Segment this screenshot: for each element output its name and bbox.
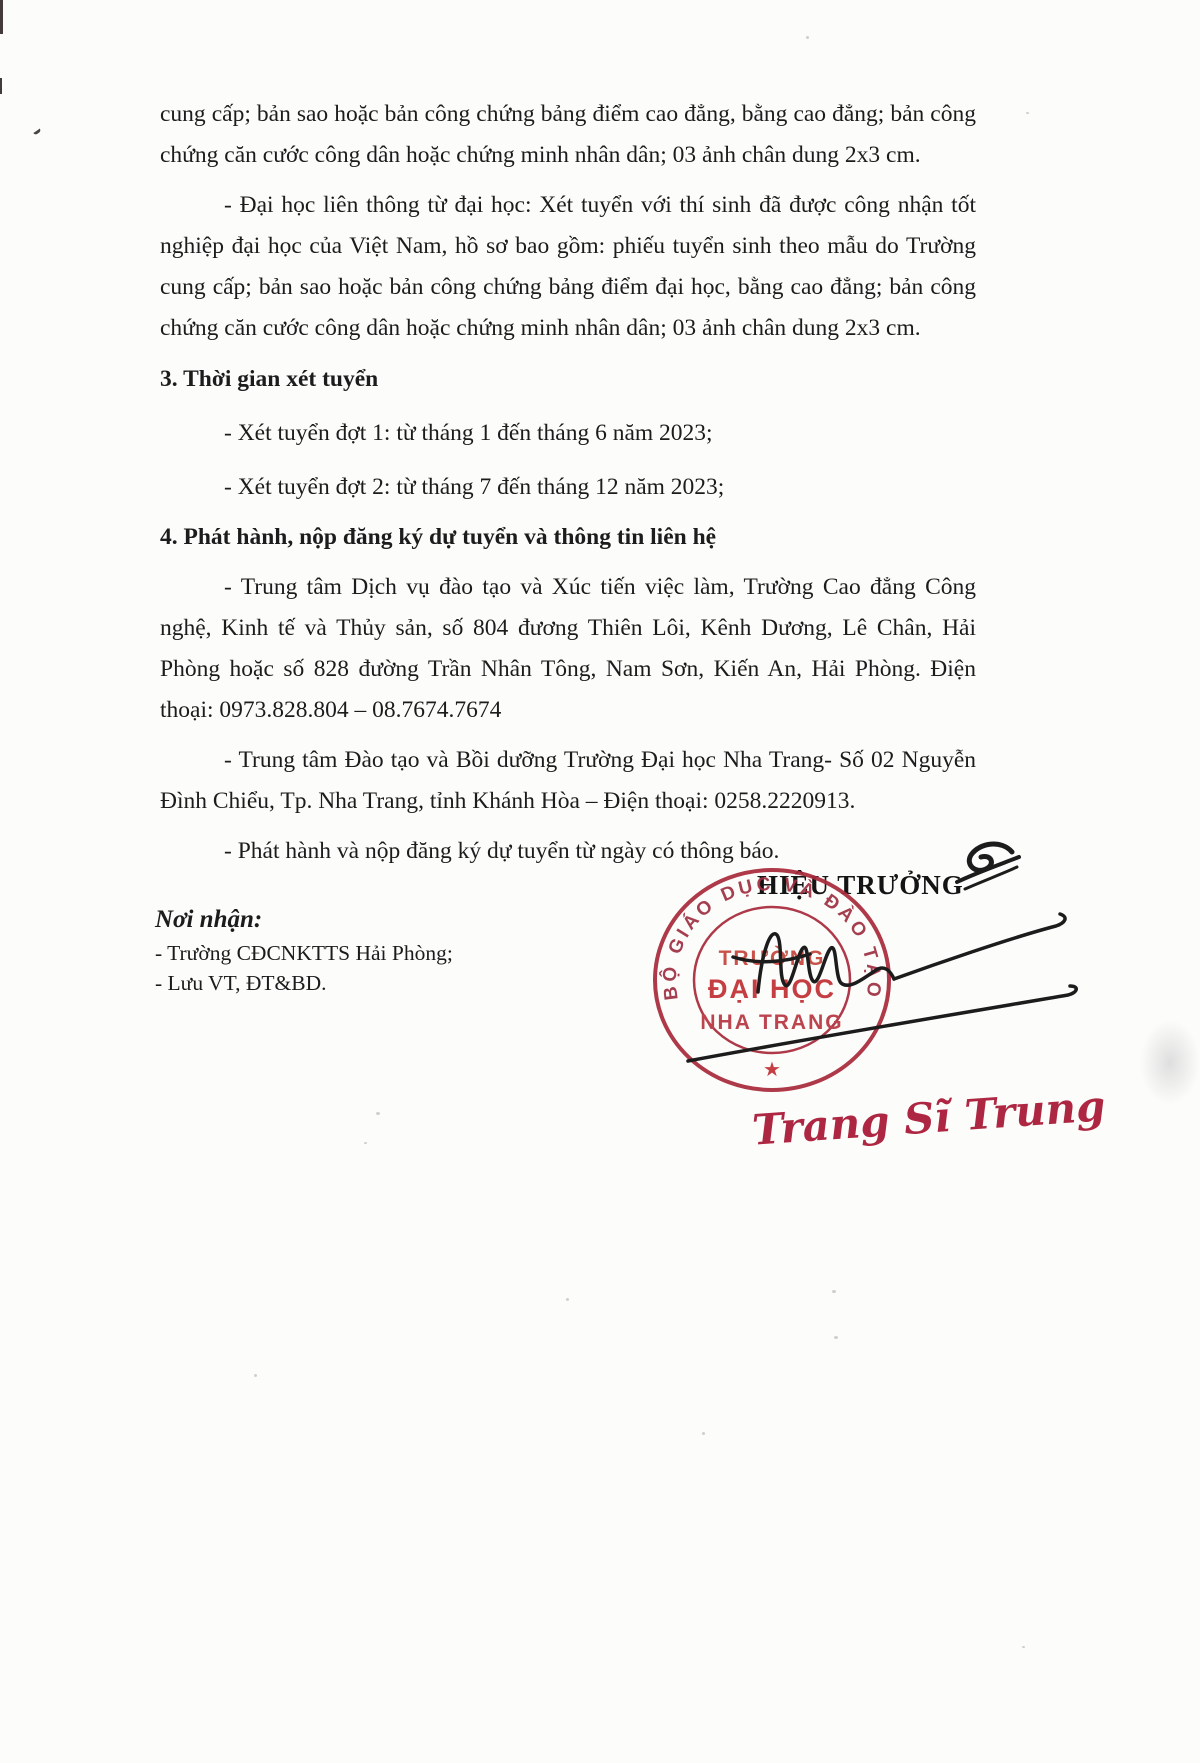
paragraph-lien-thong: - Đại học liên thông từ đại học: Xét tuy…: [160, 185, 976, 349]
contact-paragraph-nhatrang: - Trung tâm Đào tạo và Bồi dưỡng Trường …: [160, 740, 976, 822]
scan-edge-artifact: [0, 78, 2, 94]
recipients-block: Nơi nhận: - Trường CĐCNKTTS Hải Phòng; -…: [155, 906, 485, 998]
signature-sweep-1: [894, 914, 1065, 979]
paragraph-continuation: cung cấp; bản sao hoặc bản công chứng bả…: [160, 94, 976, 176]
scan-edge-artifact: [0, 0, 3, 34]
recipient-item-1: - Trường CĐCNKTTS Hải Phòng;: [155, 938, 485, 968]
document-body: cung cấp; bản sao hoặc bản công chứng bả…: [160, 94, 976, 872]
admission-period-item-2: - Xét tuyển đợt 2: từ tháng 7 đến tháng …: [224, 467, 976, 508]
signature-ink: [620, 818, 1100, 1118]
section-3-heading: 3. Thời gian xét tuyển: [160, 359, 976, 400]
document-page: cung cấp; bản sao hoặc bản công chứng bả…: [0, 0, 1200, 1763]
scan-smudge: [1140, 1020, 1200, 1105]
contact-paragraph-haiphong: - Trung tâm Dịch vụ đào tạo và Xúc tiến …: [160, 567, 976, 731]
recipient-item-2: - Lưu VT, ĐT&BD.: [155, 968, 485, 998]
admission-period-item-1: - Xét tuyển đợt 1: từ tháng 1 đến tháng …: [224, 413, 976, 454]
recipients-label: Nơi nhận:: [155, 906, 485, 934]
signature-sweep-2: [688, 986, 1076, 1061]
section-4-heading: 4. Phát hành, nộp đăng ký dự tuyển và th…: [160, 517, 976, 558]
scan-pen-tick: [30, 124, 41, 135]
